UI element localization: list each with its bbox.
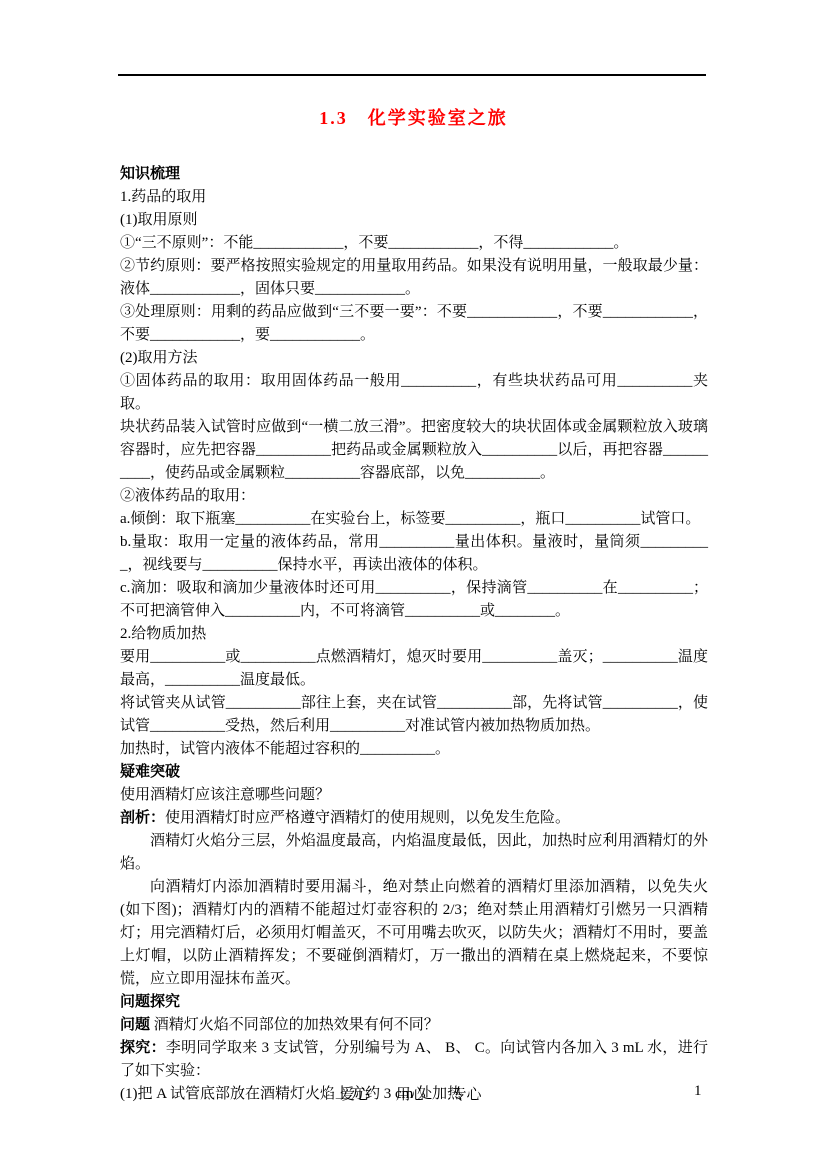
- paragraph-lead: 探究：: [120, 1040, 166, 1056]
- paragraph: 问题 酒精灯火焰不同部位的加热效果有何不同？: [120, 1014, 708, 1037]
- paragraph: (2)取用方法: [120, 347, 708, 370]
- footer-motto: 爱心 用心 专心: [340, 1083, 482, 1104]
- header-rule: [118, 74, 706, 76]
- paragraph: ③处理原则：用剩的药品应做到“三不要一要”：不要____________，不要_…: [120, 301, 708, 347]
- page-title: 1.3 化学实验室之旅: [0, 104, 827, 130]
- paragraph-lead: 问题: [120, 1017, 150, 1033]
- paragraph: 酒精灯火焰分三层，外焰温度最高，内焰温度最低，因此，加热时应利用酒精灯的外焰。: [120, 830, 708, 876]
- paragraph: ①“三不原则”：不能____________，不要____________，不得…: [120, 232, 708, 255]
- paragraph: 剖析：使用酒精灯时应严格遵守酒精灯的使用规则，以免发生危险。: [120, 807, 708, 830]
- paragraph: a.倾倒：取下瓶塞__________在实验台上，标签要__________，瓶…: [120, 508, 708, 531]
- paragraph-lead: 剖析：: [120, 810, 165, 826]
- paragraph: ②液体药品的取用：: [120, 485, 708, 508]
- section-heading: 问题探究: [120, 991, 708, 1014]
- footer-motto-item: 用心: [396, 1087, 426, 1103]
- paragraph: 使用酒精灯应该注意哪些问题？: [120, 784, 708, 807]
- footer-motto-item: 爱心: [340, 1087, 370, 1103]
- section-heading: 疑难突破: [120, 761, 708, 784]
- paragraph: ①固体药品的取用：取用固体药品一般用__________，有些块状药品可用___…: [120, 370, 708, 416]
- paragraph: 2.给物质加热: [120, 623, 708, 646]
- page-number: 1: [694, 1083, 702, 1100]
- paragraph: ②节约原则：要严格按照实验规定的用量取用药品。如果没有说明用量，一般取最少量：液…: [120, 255, 708, 301]
- paragraph: c.滴加：吸取和滴加少量液体时还可用__________，保持滴管_______…: [120, 577, 708, 623]
- document-body: 知识梳理1.药品的取用(1)取用原则①“三不原则”：不能____________…: [120, 163, 708, 1106]
- footer-motto-item: 专心: [452, 1087, 482, 1103]
- paragraph: b.量取：取用一定量的液体药品，常用__________量出体积。量液时，量筒须…: [120, 531, 708, 577]
- paragraph: 向酒精灯内添加酒精时要用漏斗，绝对禁止向燃着的酒精灯里添加酒精，以免失火(如下图…: [120, 876, 708, 991]
- paragraph: 块状药品装入试管时应做到“一横二放三滑”。把密度较大的块状固体或金属颗粒放入玻璃…: [120, 416, 708, 485]
- section-heading: 知识梳理: [120, 163, 708, 186]
- paragraph: 探究：李明同学取来 3 支试管，分别编号为 A、 B、 C。向试管内各加入 3 …: [120, 1037, 708, 1083]
- paragraph: 1.药品的取用: [120, 186, 708, 209]
- paragraph: 要用__________或__________点燃酒精灯，熄灭时要用______…: [120, 646, 708, 692]
- paragraph: (1)取用原则: [120, 209, 708, 232]
- worksheet-page: { "title": "1.3 化学实验室之旅", "accent_color"…: [0, 0, 827, 1170]
- paragraph: 加热时，试管内液体不能超过容积的__________。: [120, 738, 708, 761]
- paragraph: 将试管夹从试管__________部往上套，夹在试管__________部，先将…: [120, 692, 708, 738]
